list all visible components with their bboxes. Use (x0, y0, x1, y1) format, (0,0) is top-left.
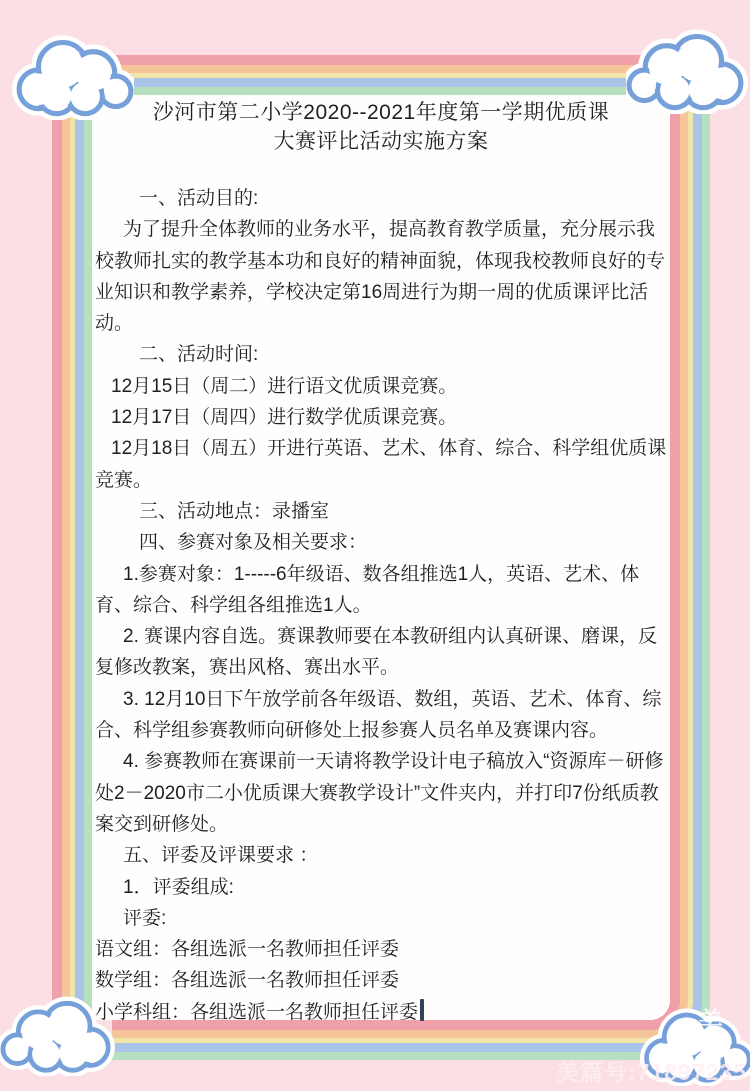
rainbow-border-right (670, 95, 710, 1000)
section-heading-3: 三、活动地点：录播室 (95, 496, 667, 527)
text-cursor[interactable] (420, 999, 424, 1021)
section-heading-5: 五、评委及评课要求 ： (95, 840, 667, 871)
judges-label: 评委: (95, 903, 667, 934)
meipian-logo-icon (668, 1025, 693, 1051)
judge-composition-heading: 1．评委组成: (95, 872, 667, 903)
document-title: 沙河市第二小学2020--2021年度第一学期优质课 大赛评比活动实施方案 (95, 98, 667, 156)
paragraph-purpose: 为了提升全体教师的业务水平，提高教育教学质量，充分展示我校教师扎实的教学基本功和… (95, 214, 667, 339)
page-background: 沙河市第二小学2020--2021年度第一学期优质课 大赛评比活动实施方案 一、… (0, 0, 750, 1091)
judge-group-math: 数学组：各组选派一名教师担任评委 (95, 965, 667, 996)
requirement-item: 3. 12月10日下午放学前各年级语、数组，英语、艺术、体育、综合、科学组参赛教… (95, 684, 667, 747)
requirement-item: 1.参赛对象：1-----6年级语、数各组推选1人，英语、艺术、体育、综合、科学… (95, 559, 667, 622)
judge-group-minor-subjects: 小学科组：各组选派一名教师担任评委 (95, 997, 667, 1028)
section-heading-2: 二、活动时间: (95, 339, 667, 370)
document-paper: 沙河市第二小学2020--2021年度第一学期优质课 大赛评比活动实施方案 一、… (92, 95, 670, 1020)
schedule-item: 12月15日（周二）进行语文优质课竞赛。 (95, 371, 667, 402)
section-heading-4: 四、参赛对象及相关要求： (95, 527, 667, 558)
meipian-id-watermark: 美篇号:71897235 (556, 1054, 747, 1087)
cloud-decoration-top-left (12, 26, 134, 120)
schedule-item: 12月17日（周四）进行数学优质课竞赛。 (95, 402, 667, 433)
schedule-item: 12月18日（周五）开进行英语、艺术、体育、综合、科学组优质课竞赛。 (95, 433, 667, 496)
title-line-2: 大赛评比活动实施方案 (95, 127, 667, 156)
requirement-item: 4. 参赛教师在赛课前一天请将教学设计电子稿放入“资源库－研修处2－2020市二… (95, 746, 667, 840)
title-line-1: 沙河市第二小学2020--2021年度第一学期优质课 (95, 98, 667, 127)
cloud-decoration-top-right (626, 20, 748, 114)
rainbow-border-top (112, 55, 670, 95)
document-body[interactable]: 沙河市第二小学2020--2021年度第一学期优质课 大赛评比活动实施方案 一、… (92, 95, 670, 1028)
cloud-decoration-bottom-left (0, 988, 115, 1076)
judge-group-minor-subjects-text: 小学科组：各组选派一名教师担任评委 (95, 1002, 418, 1023)
section-heading-1: 一、活动目的: (95, 183, 667, 214)
requirement-item: 2. 赛课内容自选。赛课教师要在本教研组内认真研课、磨课，反复修改教案，赛出风格… (95, 621, 667, 684)
rainbow-border-left (52, 115, 92, 1020)
judge-group-chinese: 语文组：各组选派一名教师担任评委 (95, 934, 667, 965)
